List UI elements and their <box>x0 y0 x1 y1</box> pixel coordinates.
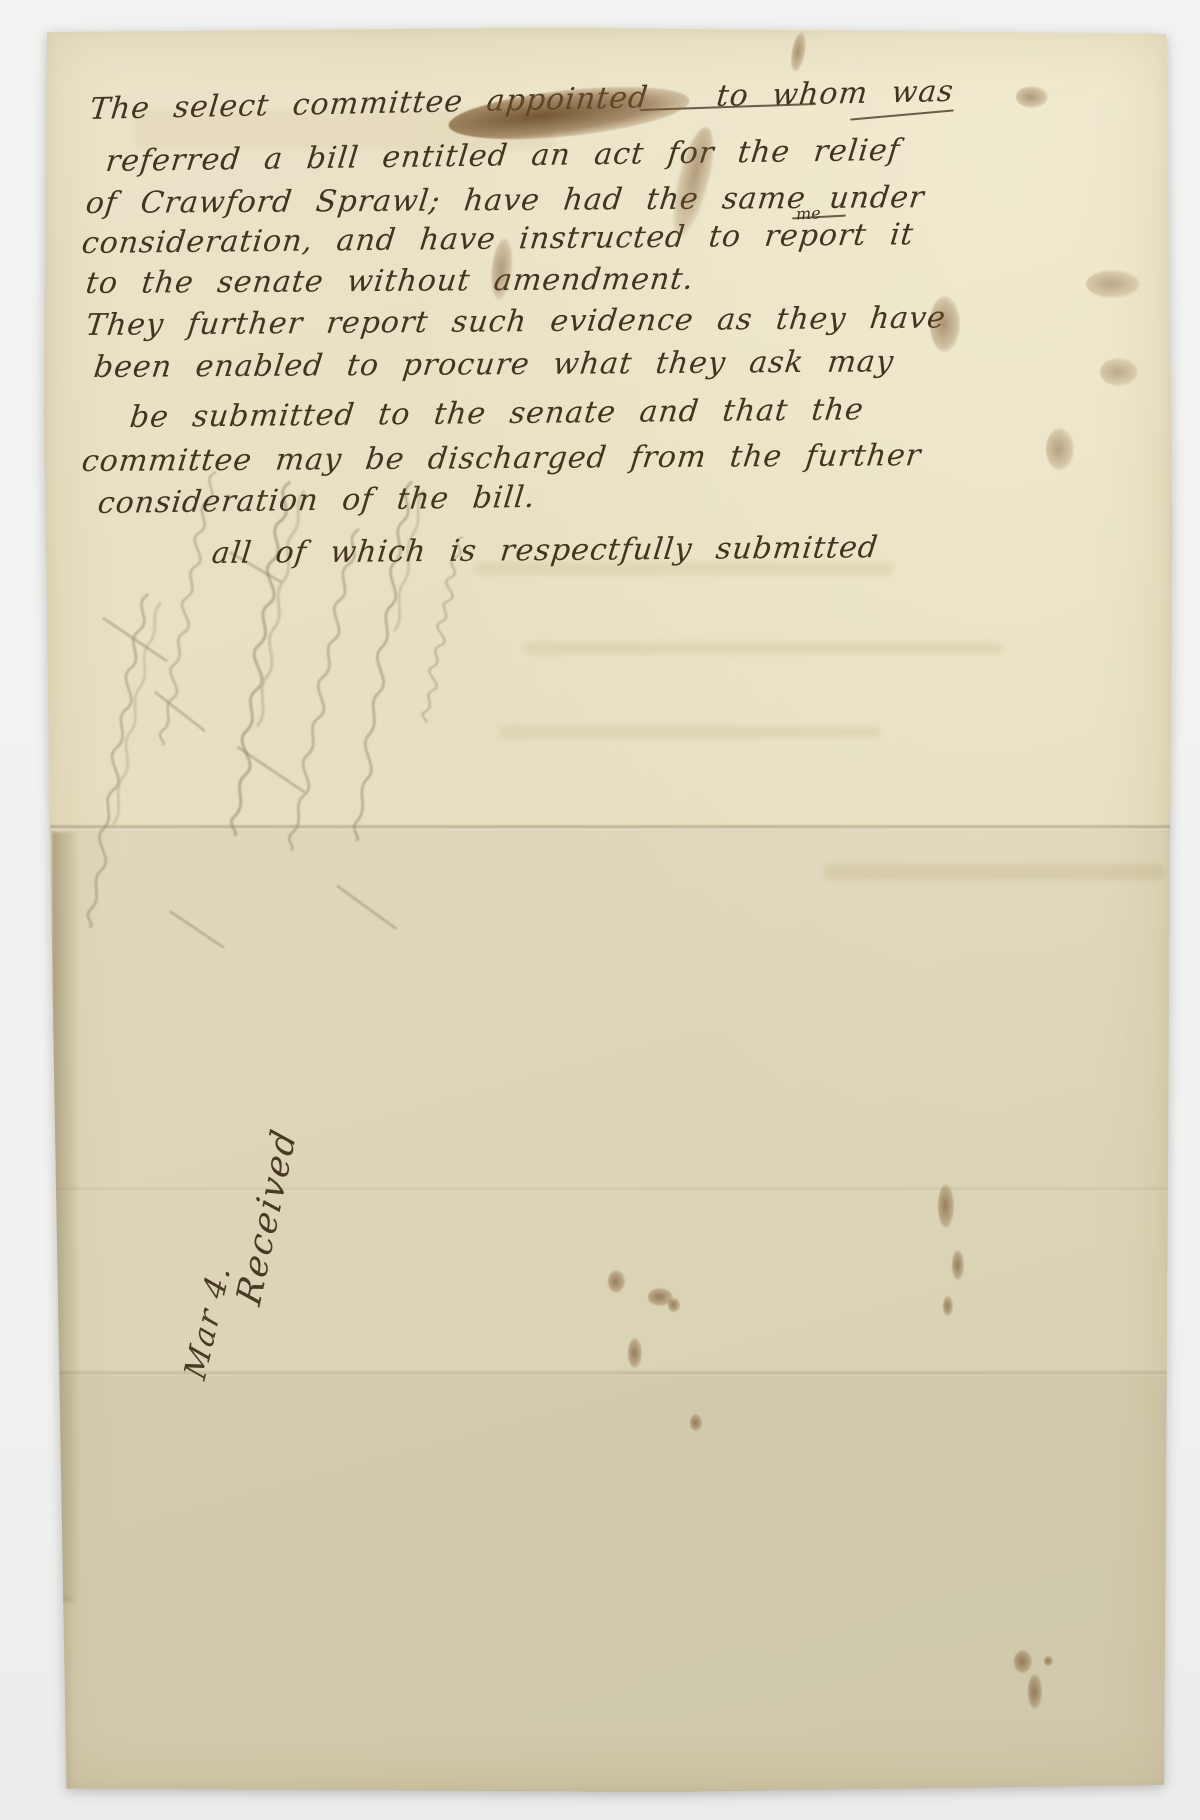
strikethrough-stroke <box>850 109 954 120</box>
ink-stain <box>690 1414 702 1431</box>
line-text: The select committee appointed <box>88 80 650 127</box>
ink-stain <box>1086 270 1140 298</box>
document-page: The select committee appointed to whom w… <box>44 26 1172 1792</box>
bleed-through-streak <box>824 864 1164 880</box>
bleed-through-stroke <box>154 691 206 732</box>
bleed-through-stroke <box>169 910 225 949</box>
ink-stain <box>789 31 809 73</box>
received-annotation: Received <box>230 1124 305 1310</box>
bleed-through-streak <box>500 726 880 738</box>
handwritten-line: referred a bill entitled an act for the … <box>104 133 902 179</box>
handwritten-line: The select committee appointed to whom w… <box>88 74 956 127</box>
received-date-annotation: Mar 4. <box>178 1259 238 1384</box>
handwritten-line: be submitted to the senate and that the <box>128 392 866 435</box>
line-text: to whom was <box>715 74 956 114</box>
ink-stain <box>1028 1674 1042 1709</box>
handwritten-line: been enabled to procure what they ask ma… <box>92 344 896 385</box>
ink-stain <box>668 1298 680 1312</box>
bleed-through-stroke <box>102 616 168 662</box>
bleed-through-streak <box>524 642 1004 654</box>
fold-crease-upper <box>44 824 1172 830</box>
ink-stain <box>628 1338 642 1368</box>
page-edge-shadow <box>54 1596 76 1796</box>
ink-stain <box>938 1184 954 1228</box>
handwritten-line: consideration, and have instructed to re… <box>80 217 916 261</box>
bleed-through-writing <box>70 588 169 931</box>
ink-stain <box>943 1296 953 1316</box>
ink-stain <box>952 1250 964 1280</box>
fold-crease-middle <box>44 1186 1172 1192</box>
bleed-through-writing <box>271 523 379 856</box>
bleed-through-writing <box>337 477 431 845</box>
ink-stain <box>1046 428 1074 470</box>
handwritten-line: committee may be discharged from the fur… <box>80 438 923 479</box>
page-edge-shadow <box>52 832 80 1602</box>
ink-stain <box>608 1270 625 1293</box>
ink-stain <box>1016 86 1048 108</box>
ink-stain <box>1014 1650 1032 1673</box>
ink-stain <box>1044 1656 1053 1666</box>
ink-stain <box>1100 358 1138 386</box>
ink-stain <box>648 1288 673 1306</box>
handwritten-line: consideration of the bill. <box>96 480 537 521</box>
bleed-through-stroke <box>236 745 305 793</box>
handwritten-line: all of which is respectfully submitted <box>210 530 880 571</box>
handwritten-line: to the senate without amendment. <box>84 262 696 301</box>
paper-sheet: The select committee appointed to whom w… <box>44 26 1172 1792</box>
bleed-through-stroke <box>336 884 397 930</box>
handwritten-line: They further report such evidence as the… <box>84 301 948 343</box>
scan-background: { "page": { "background_color": "#f1f1f0… <box>0 0 1200 1820</box>
paper-shading <box>44 1374 1172 1792</box>
interline-insertion: me <box>796 203 822 223</box>
